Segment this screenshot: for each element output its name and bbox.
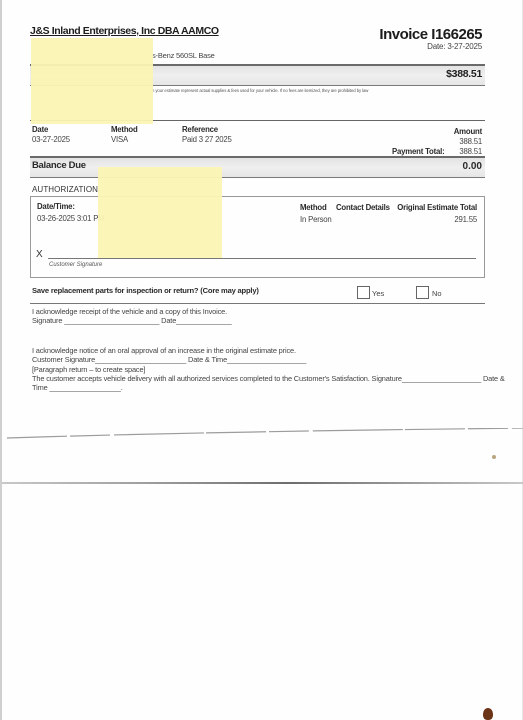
no-label: No xyxy=(432,289,442,298)
invoice-page: J&S Inland Enterprises, Inc DBA AAMCO In… xyxy=(0,0,523,720)
receipt-signature-line[interactable]: Signature ________________________ Date_… xyxy=(32,316,232,325)
col-method: Method xyxy=(111,125,138,134)
invoice-number: Invoice I166265 xyxy=(379,26,482,43)
payment-method: VISA xyxy=(111,135,128,144)
parts-rule xyxy=(30,303,485,304)
col-amount: Amount xyxy=(454,127,482,136)
company-name: J&S Inland Enterprises, Inc DBA AAMCO xyxy=(30,25,219,37)
auth-estimate-label: Original Estimate Total xyxy=(397,203,477,212)
delivery-time-line[interactable]: Time __________________. xyxy=(32,383,505,392)
payment-reference: Paid 3 27 2025 xyxy=(182,135,232,144)
customer-signature-caption: Customer Signature xyxy=(49,262,102,268)
col-reference: Reference xyxy=(182,125,218,134)
balance-due-value: 0.00 xyxy=(463,161,482,172)
payment-date: 03-27-2025 xyxy=(32,135,70,144)
auth-method-value: In Person xyxy=(300,215,332,224)
signature-mark: X xyxy=(36,249,43,260)
col-date: Date xyxy=(32,125,48,134)
total-amount: $388.51 xyxy=(446,68,482,80)
auth-contact-label: Contact Details xyxy=(336,203,390,212)
auth-datetime-label: Date/Time: xyxy=(37,202,75,211)
payment-amount: 388.51 xyxy=(459,137,482,146)
company-dba: DBA AAMCO xyxy=(155,25,218,37)
yes-checkbox[interactable] xyxy=(357,286,370,299)
yes-label: Yes xyxy=(372,289,384,298)
oral-ack-text: I acknowledge notice of an oral approval… xyxy=(32,346,505,355)
redaction-sticker-address xyxy=(31,38,153,124)
auth-datetime-value: 03-26-2025 3:01 PM xyxy=(37,214,105,223)
receipt-ack-text: I acknowledge receipt of the vehicle and… xyxy=(32,307,232,316)
balance-due-label: Balance Due xyxy=(32,160,86,171)
paragraph-note: [Paragraph return – to create space] xyxy=(32,365,505,374)
receipt-ack: I acknowledge receipt of the vehicle and… xyxy=(32,307,232,326)
auth-estimate-value: 291.55 xyxy=(454,215,477,224)
redaction-sticker-authorizer xyxy=(98,167,222,258)
payment-total-label: Payment Total: xyxy=(392,147,445,156)
customer-signature-line[interactable] xyxy=(48,258,476,259)
fees-disclaimer: n your estimate represent actual supplie… xyxy=(152,88,368,93)
oral-approval-ack: I acknowledge notice of an oral approval… xyxy=(32,346,505,392)
invoice-date: Date: 3-27-2025 xyxy=(427,42,482,51)
paper-stain xyxy=(483,708,493,720)
paper-edge-line xyxy=(2,482,523,484)
oral-signature-line[interactable]: Customer Signature______________________… xyxy=(32,355,505,364)
company-legal-name: J&S Inland Enterprises, Inc xyxy=(30,25,155,37)
no-checkbox[interactable] xyxy=(416,286,429,299)
payment-total-value: 388.51 xyxy=(459,147,482,156)
paper-spot xyxy=(492,455,496,459)
paper-fold-line xyxy=(7,428,523,440)
parts-question: Save replacement parts for inspection or… xyxy=(32,286,259,295)
vehicle-description: s-Benz 560SL Base xyxy=(152,51,215,60)
authorization-heading: AUTHORIZATION xyxy=(32,185,98,194)
auth-method-label: Method xyxy=(300,203,327,212)
delivery-ack-text[interactable]: The customer accepts vehicle delivery wi… xyxy=(32,374,505,383)
